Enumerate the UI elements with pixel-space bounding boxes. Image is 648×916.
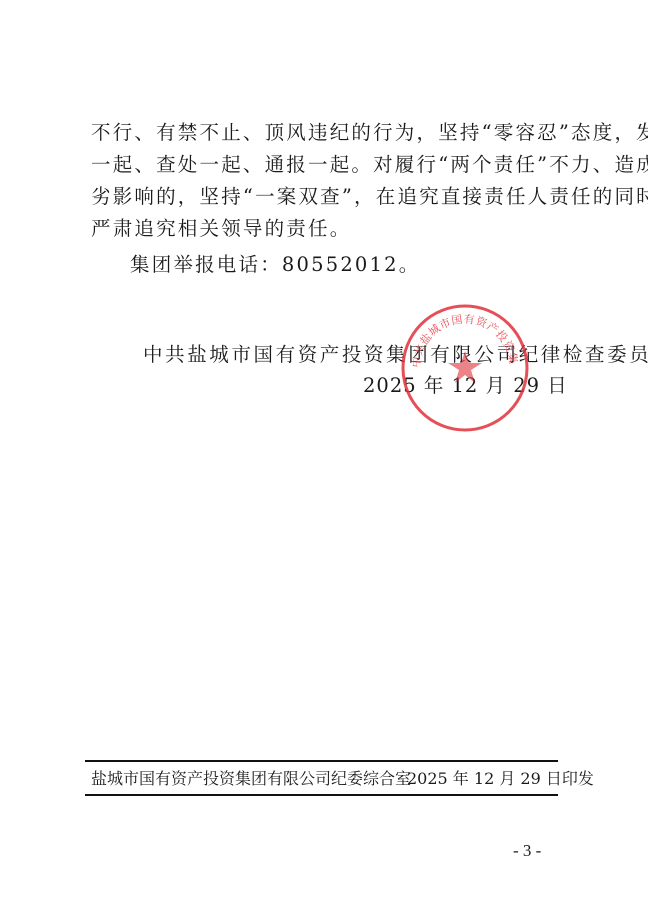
- body-line-1: 不行、有禁不止、顶风违纪的行为，坚持“零容忍”态度，发现: [91, 121, 648, 145]
- signature-date: 2025 年 12 月 29 日: [363, 374, 568, 398]
- official-seal-icon: 中共盐城市国有资产投资集团有限公司纪律检查委员会: [400, 303, 530, 433]
- body-line-4: 严肃追究相关领导的责任。: [91, 217, 351, 241]
- footer-top-rule: [85, 760, 558, 762]
- footer-issuer: 盐城市国有资产投资集团有限公司纪委综合室: [91, 769, 411, 789]
- footer-bottom-rule: [85, 794, 558, 796]
- body-line-2: 一起、查处一起、通报一起。对履行“两个责任”不力、造成恶: [91, 153, 648, 177]
- footer-issue-date: 2025 年 12 月 29 日印发: [407, 769, 594, 789]
- document-page: 不行、有禁不止、顶风违纪的行为，坚持“零容忍”态度，发现 一起、查处一起、通报一…: [0, 0, 648, 916]
- body-line-3: 劣影响的，坚持“一案双查”，在追究直接责任人责任的同时，: [91, 185, 648, 209]
- signature-organization: 中共盐城市国有资产投资集团有限公司纪律检查委员会: [143, 343, 648, 367]
- hotline-text: 集团举报电话：80552012。: [130, 253, 420, 277]
- page-number: - 3 -: [513, 841, 541, 861]
